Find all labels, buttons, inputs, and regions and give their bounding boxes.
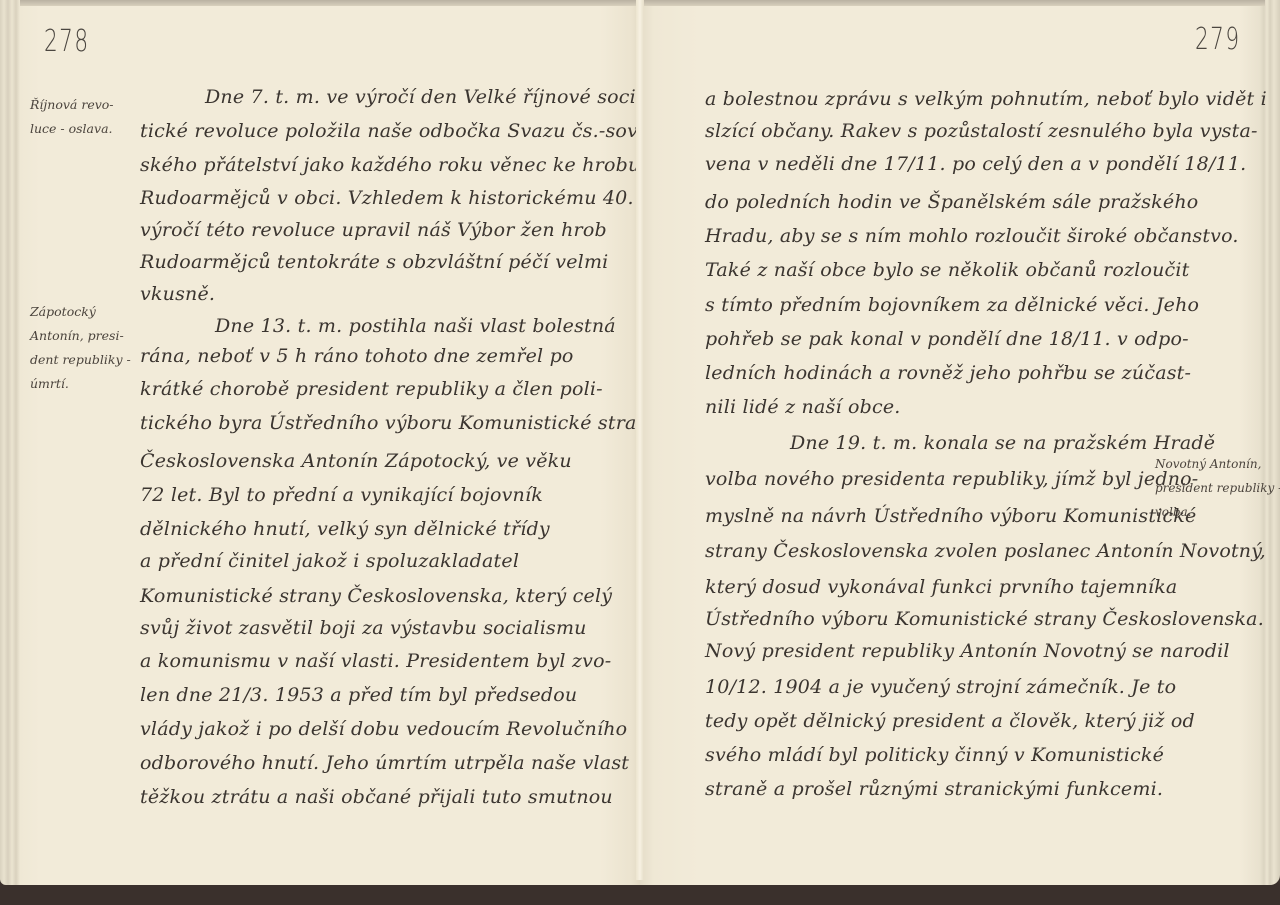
- text-line: Rudoarmějců v obci. Vzhledem k historick…: [140, 187, 634, 209]
- text-line: 10/12. 1904 a je vyučený strojní zámeční…: [705, 676, 1176, 698]
- text-line: který dosud vykonával funkci prvního taj…: [705, 576, 1177, 598]
- page-number: 278: [44, 24, 90, 59]
- text-line: len dne 21/3. 1953 a před tím byl předse…: [140, 684, 577, 706]
- page-number: 279: [1195, 22, 1241, 57]
- page-top-edge: [640, 0, 1265, 6]
- text-line: Dne 13. t. m. postihla naši vlast bolest…: [215, 315, 616, 337]
- text-line: Nový president republiky Antonín Novotný…: [705, 640, 1230, 662]
- text-line: strany Československa zvolen poslanec An…: [705, 540, 1266, 562]
- margin-note-line: úmrtí.: [30, 372, 131, 396]
- page-top-edge: [20, 0, 640, 6]
- text-line: rána, neboť v 5 h ráno tohoto dne zemřel…: [140, 345, 574, 367]
- text-line: Ústředního výboru Komunistické strany Če…: [705, 608, 1264, 630]
- left-page: 278 Říjnová revo- luce - oslava. Zápotoc…: [0, 0, 640, 885]
- text-line: myslně na návrh Ústředního výboru Komuni…: [705, 505, 1196, 527]
- text-line: a komunismu v naší vlasti. Presidentem b…: [140, 650, 611, 672]
- text-line: výročí této revoluce upravil náš Výbor ž…: [140, 219, 607, 241]
- text-line: svého mládí byl politicky činný v Komuni…: [705, 744, 1164, 766]
- margin-note-line: luce - oslava.: [30, 117, 114, 141]
- margin-note-line: Zápotocký: [30, 300, 131, 324]
- margin-note-line: dent republiky -: [30, 348, 131, 372]
- text-line: těžkou ztrátu a naši občané přijali tuto…: [140, 786, 613, 808]
- text-line: straně a prošel různými stranickými funk…: [705, 778, 1163, 800]
- text-line: volba nového presidenta republiky, jímž …: [705, 468, 1198, 490]
- text-line: ledních hodinách a rovněž jeho pohřbu se…: [705, 362, 1191, 384]
- text-line: a přední činitel jakož i spoluzakladatel: [140, 550, 519, 572]
- text-line: do poledních hodin ve Španělském sále pr…: [705, 191, 1198, 213]
- text-line: s tímto předním bojovníkem za dělnické v…: [705, 294, 1199, 316]
- text-line: krátké chorobě president republiky a čle…: [140, 378, 603, 400]
- text-line: tedy opět dělnický president a člověk, k…: [705, 710, 1195, 732]
- text-line: Komunistické strany Československa, kter…: [140, 585, 612, 607]
- text-line: ského přátelství jako každého roku věnec…: [140, 154, 640, 176]
- text-line: tické revoluce položila naše odbočka Sva…: [140, 120, 664, 142]
- open-book: 278 Říjnová revo- luce - oslava. Zápotoc…: [0, 0, 1280, 905]
- margin-note-october-revolution: Říjnová revo- luce - oslava.: [30, 93, 114, 141]
- text-line: svůj život zasvětil boji za výstavbu soc…: [140, 617, 587, 639]
- margin-note-line: Antonín, presi-: [30, 324, 131, 348]
- text-line: Dne 19. t. m. konala se na pražském Hrad…: [790, 432, 1215, 454]
- text-line: a bolestnou zprávu s velkým pohnutím, ne…: [705, 88, 1267, 110]
- text-line: slzící občany. Rakev s pozůstalostí zesn…: [705, 120, 1258, 142]
- text-line: Rudoarmějců tentokráte s obzvláštní péčí…: [140, 251, 608, 273]
- text-line: vena v neděli dne 17/11. po celý den a v…: [705, 153, 1246, 175]
- text-line: pohřeb se pak konal v pondělí dne 18/11.…: [705, 328, 1189, 350]
- text-line: Československa Antonín Zápotocký, ve věk…: [140, 450, 572, 472]
- text-line: dělnického hnutí, velký syn dělnické tří…: [140, 518, 550, 540]
- text-line: vlády jakož i po delší dobu vedoucím Rev…: [140, 718, 627, 740]
- text-line: tického byra Ústředního výboru Komunisti…: [140, 412, 660, 434]
- text-line: vkusně.: [140, 283, 215, 305]
- margin-note-zapotocky-death: Zápotocký Antonín, presi- dent republiky…: [30, 300, 131, 396]
- text-line: nili lidé z naší obce.: [705, 396, 901, 418]
- text-line: odborového hnutí. Jeho úmrtím utrpěla na…: [140, 752, 629, 774]
- text-line: Také z naší obce bylo se několik občanů …: [705, 259, 1189, 281]
- text-line: 72 let. Byl to přední a vynikající bojov…: [140, 484, 543, 506]
- margin-note-line: Říjnová revo-: [30, 93, 114, 117]
- text-line: Hradu, aby se s ním mohlo rozloučit širo…: [705, 225, 1239, 247]
- book-gutter: [636, 0, 644, 880]
- text-line: Dne 7. t. m. ve výročí den Velké říjnové…: [205, 86, 677, 108]
